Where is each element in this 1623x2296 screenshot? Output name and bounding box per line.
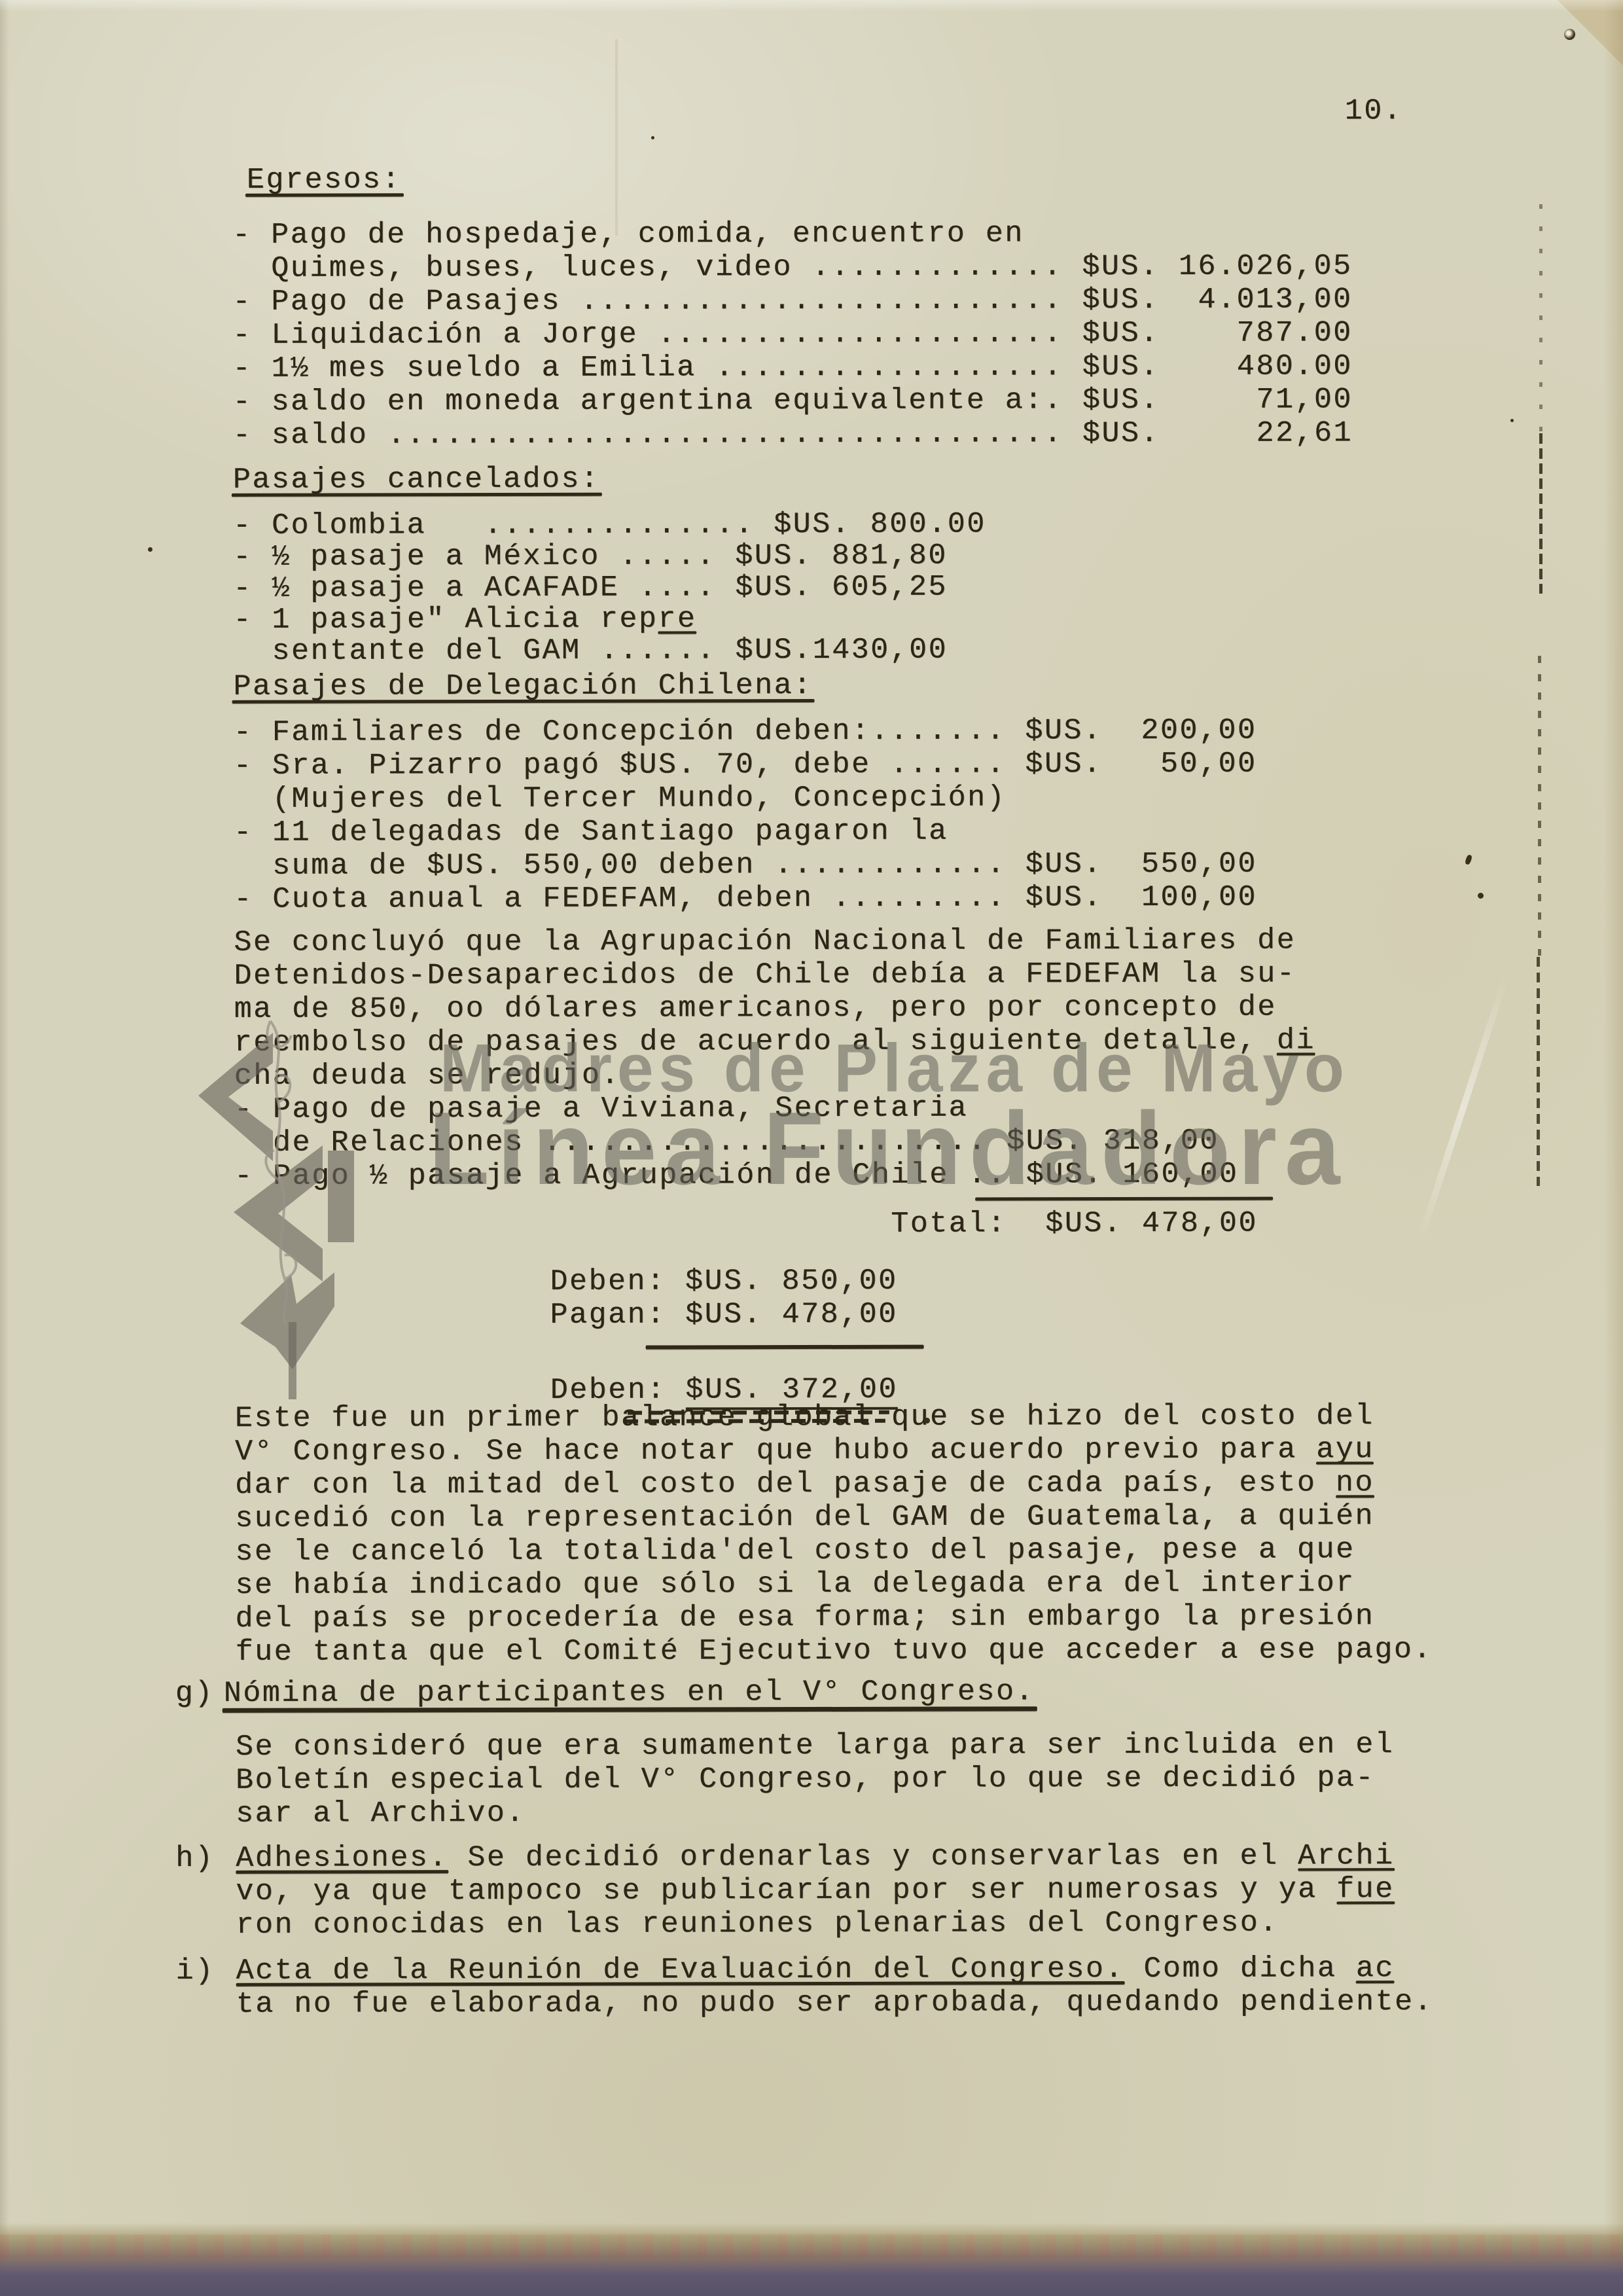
watermark-linea-fundadora-text: Línea Fundadora — [429, 1090, 1348, 1209]
pasajes-cancelados-list: - Colombia .............. $US. 800.00 - … — [233, 509, 986, 667]
syllable-underline-no — [1336, 1495, 1374, 1498]
ink-speck — [1510, 419, 1514, 422]
fold-dash-segment-3 — [1538, 656, 1541, 956]
syllable-underline-ac — [1356, 1981, 1395, 1983]
left-edge-shadow — [0, 0, 9, 2296]
item-h-paragraph: Adhesiones. Se decidió ordenarlas y cons… — [236, 1839, 1395, 1942]
balance-rule — [646, 1345, 924, 1350]
delegacion-chilena-heading: Pasajes de Delegación Chilena: — [233, 669, 812, 704]
syllable-underline-fue — [1336, 1901, 1395, 1904]
pasajes-cancelados-heading: Pasajes cancelados: — [233, 463, 600, 497]
staple-hole — [1564, 29, 1575, 40]
syllable-underline-archi — [1298, 1868, 1395, 1871]
item-h-marker: h) — [175, 1842, 214, 1875]
scanned-document: { "doc": { "page_number": "10.", "egreso… — [0, 0, 1623, 2296]
right-edge-shadow — [1603, 0, 1623, 2296]
scanner-bottom-band — [0, 2223, 1623, 2296]
egresos-heading-underline — [245, 193, 404, 197]
egresos-heading: Egresos: — [247, 163, 401, 196]
item-g-marker: g) — [175, 1677, 214, 1710]
delegacion-chilena-underline — [232, 699, 815, 704]
total-line: Total: $US. 478,00 — [891, 1207, 1258, 1241]
fold-dash-segment-4 — [1537, 957, 1540, 1186]
ink-speck — [1478, 893, 1484, 899]
logo-tail — [289, 1322, 296, 1399]
item-i-marker: i) — [176, 1954, 215, 1988]
deben-pagan-block: Deben: $US. 850,00 Pagan: $US. 478,00 — [550, 1265, 897, 1332]
balance-paragraph: Este fue un primer balance global que se… — [235, 1399, 1433, 1669]
logo-chevron-top — [198, 1033, 273, 1161]
adhesiones-underline — [236, 1870, 448, 1874]
ink-speck — [924, 1418, 930, 1424]
syllable-underline-re — [658, 631, 696, 634]
ink-speck — [651, 136, 654, 139]
egresos-list: - Pago de hospedaje, comida, encuentro e… — [232, 216, 1353, 452]
item-i-paragraph: Acta de la Reunión de Evaluación del Con… — [236, 1952, 1433, 2021]
item-g-heading-underline — [223, 1706, 1037, 1713]
faint-vertical-crease — [615, 39, 618, 236]
delegacion-chilena-list: - Familiares de Concepción deben:.......… — [234, 714, 1257, 916]
page-number: 10. — [1345, 94, 1403, 128]
fold-dash-segment-2 — [1539, 433, 1543, 594]
scanner-band-noise — [0, 2234, 1623, 2258]
top-edge-highlight — [0, 0, 1623, 12]
ink-speck — [148, 547, 152, 552]
fold-dash-segment-1 — [1539, 204, 1543, 433]
pasajes-cancelados-underline — [232, 493, 602, 497]
syllable-underline-ayu — [1316, 1462, 1374, 1464]
logo-bar — [328, 1151, 354, 1242]
item-g-heading: Nómina de participantes en el V° Congres… — [224, 1675, 1035, 1710]
item-g-paragraph: Se consideró que era sumamente larga par… — [236, 1728, 1395, 1831]
madres-logo-watermark — [193, 1016, 409, 1408]
